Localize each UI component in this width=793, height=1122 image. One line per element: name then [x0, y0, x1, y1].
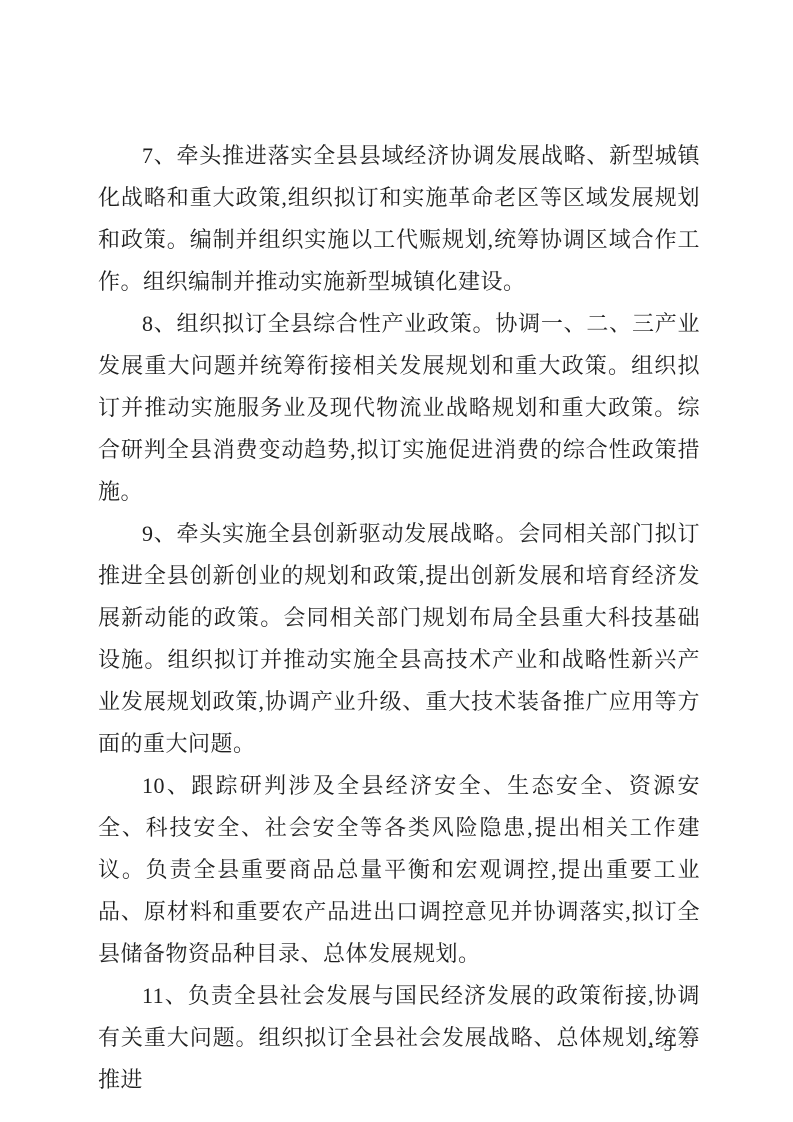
paragraph-item-7: 7、牵头推进落实全县县域经济协调发展战略、新型城镇化战略和重大政策,组织拟订和实…: [98, 135, 700, 303]
paragraph-item-8: 8、组织拟订全县综合性产业政策。协调一、二、三产业发展重大问题并统筹衔接相关发展…: [98, 303, 700, 513]
document-body: 7、牵头推进落实全县县域经济协调发展战略、新型城镇化战略和重大政策,组织拟订和实…: [98, 135, 700, 1101]
paragraph-item-10: 10、跟踪研判涉及全县经济安全、生态安全、资源安全、科技安全、社会安全等各类风险…: [98, 765, 700, 975]
document-page: 7、牵头推进落实全县县域经济协调发展战略、新型城镇化战略和重大政策,组织拟订和实…: [0, 0, 793, 1122]
paragraph-item-9: 9、牵头实施全县创新驱动发展战略。会同相关部门拟订推进全县创新创业的规划和政策,…: [98, 513, 700, 765]
paragraph-item-11: 11、负责全县社会发展与国民经济发展的政策衔接,协调有关重大问题。组织拟订全县社…: [98, 975, 700, 1101]
page-number: - 5 -: [648, 1036, 691, 1056]
